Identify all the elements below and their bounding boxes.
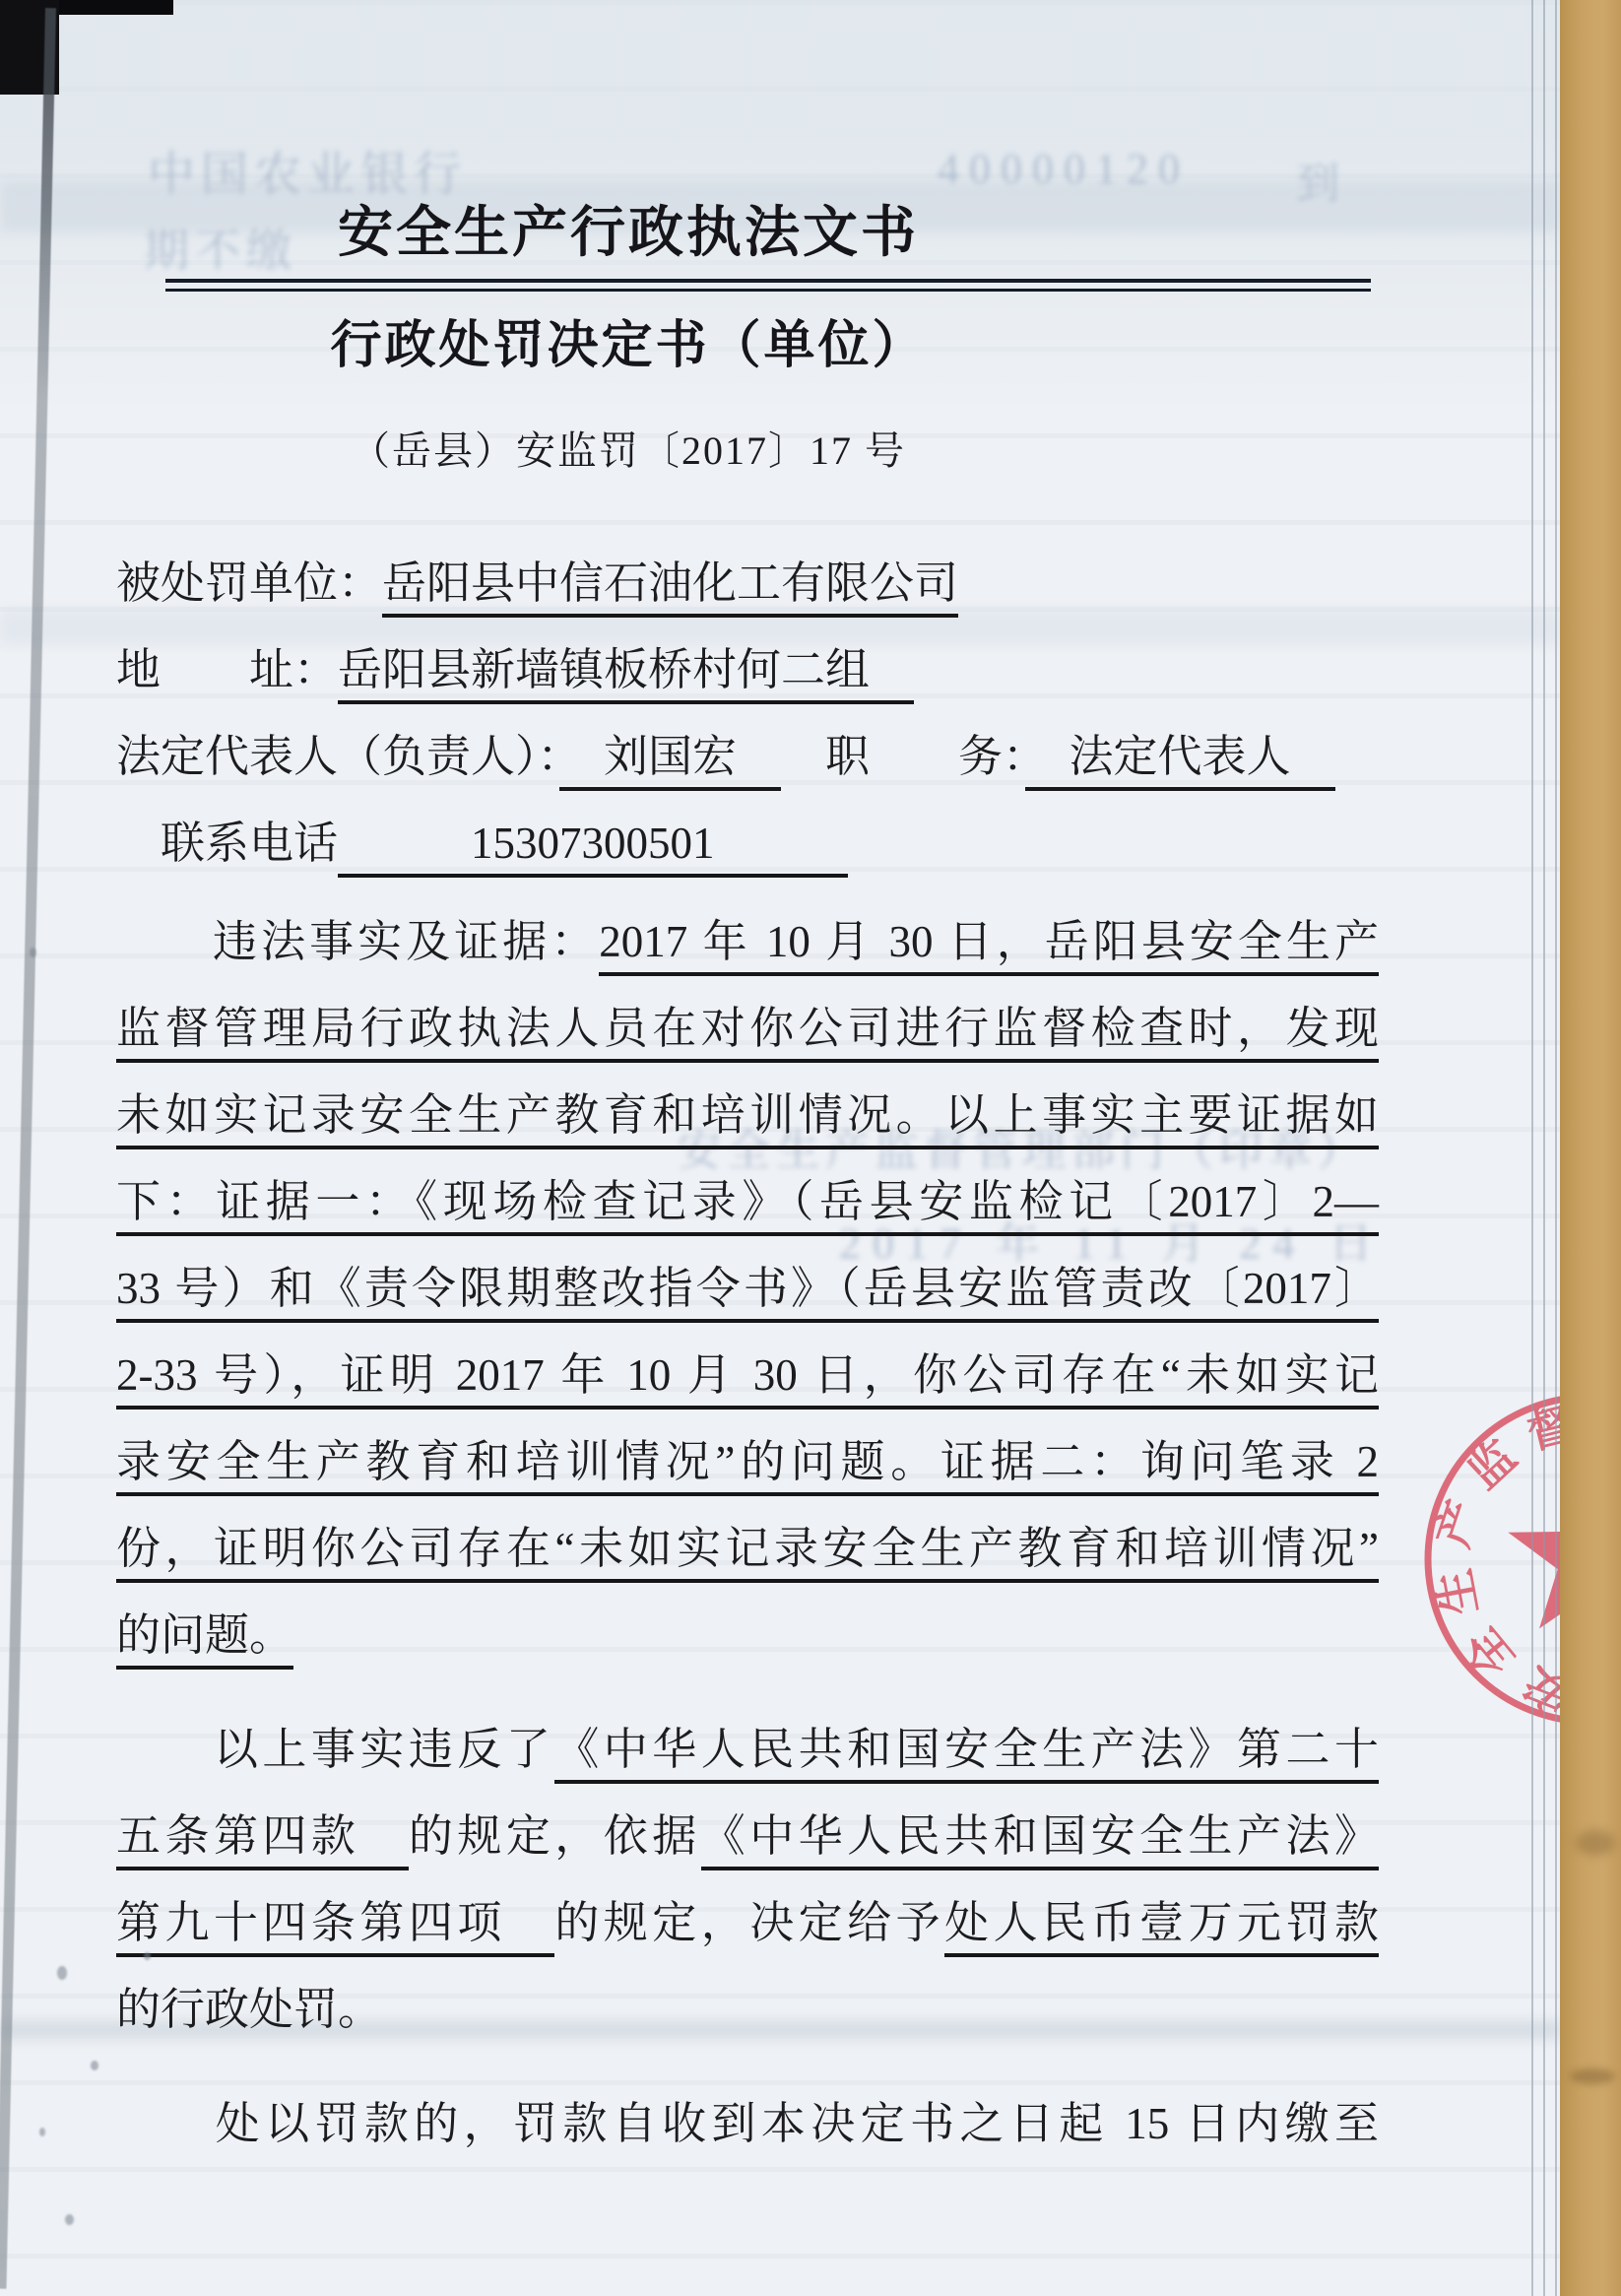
scanned-document-page: 中国农业银行 40000120 到 期不缴 安全生产监督管理部门（印章） 201… <box>0 0 1560 2296</box>
text-line: 下：证据一：《现场检查记录》（岳县安监检记〔2017〕2— <box>116 1158 1379 1245</box>
fold-shadow-line <box>0 8 56 2289</box>
form-text: 被处罚单位： <box>116 558 382 608</box>
filled-value: 录安全生产教育和培训情况”的问题。证据二：询问笔录 2 <box>116 1437 1379 1496</box>
text-line: 违法事实及证据：2017 年 10 月 30 日，岳阳县安全生产 <box>116 898 1379 985</box>
filled-value: 份，证明你公司存在“未如实记录安全生产教育和培训情况” <box>116 1524 1379 1583</box>
text-line: 33 号）和《责令限期整改指令书》（岳县安监管责改〔2017〕 <box>116 1245 1379 1332</box>
text-line: 处以罚款的，罚款自收到本决定书之日起 15 日内缴至 <box>116 2080 1379 2167</box>
filled-value: 未如实记录安全生产教育和培训情况。以上事实主要证据如 <box>116 1090 1379 1149</box>
filled-value: 法定代表人 <box>1025 732 1335 791</box>
paragraph: 违法事实及证据：2017 年 10 月 30 日，岳阳县安全生产监督管理局行政执… <box>116 898 1379 1678</box>
text-line: 以上事实违反了《中华人民共和国安全生产法》第二十 <box>116 1706 1379 1793</box>
title-double-rule <box>165 279 1371 292</box>
form-text: 违法事实及证据： <box>116 917 599 966</box>
filled-value: 五条第四款 <box>116 1811 409 1870</box>
form-text: 法定代表人（负责人）： <box>116 732 559 781</box>
speckle <box>57 1966 67 1980</box>
speckle <box>144 1952 151 1960</box>
filled-value: 岳阳县中信石油化工有限公司 <box>382 558 958 618</box>
speckle <box>30 948 36 957</box>
speckle <box>91 2061 98 2070</box>
paragraphs: 违法事实及证据：2017 年 10 月 30 日，岳阳县安全生产监督管理局行政执… <box>116 898 1379 2167</box>
text-line: 未如实记录安全生产教育和培训情况。以上事实主要证据如 <box>116 1072 1379 1158</box>
document-title: 安全生产行政执法文书 <box>116 189 1140 268</box>
text-line: 录安全生产教育和培训情况”的问题。证据二：询问笔录 2 <box>116 1418 1379 1505</box>
filled-value: 处人民币壹万元罚款 <box>944 1898 1379 1957</box>
text-line: 的行政处罚。 <box>116 1966 1379 2053</box>
filled-value: 刘国宏 <box>559 732 781 791</box>
speckle <box>39 2128 45 2136</box>
text-line: 2-33 号），证明 2017 年 10 月 30 日，你公司存在“未如实记 <box>116 1332 1379 1418</box>
form-text: 以上事实违反了 <box>116 1725 554 1774</box>
text-line: 法定代表人（负责人）： 刘国宏 职 务： 法定代表人 <box>116 713 1379 800</box>
text-line: 地 址：岳阳县新墙镇板桥村何二组 <box>116 626 1379 713</box>
text-line: 的问题。 <box>116 1592 1379 1678</box>
text-line: 被处罚单位：岳阳县中信石油化工有限公司 <box>116 540 1379 626</box>
page-edge-lines <box>1524 0 1560 2296</box>
form-text: 处以罚款的，罚款自收到本决定书之日起 15 日内缴至 <box>116 2099 1379 2148</box>
filled-value: 《中华人民共和国安全生产法》第二十 <box>554 1725 1379 1784</box>
filled-value: 2017 年 10 月 30 日，岳阳县安全生产 <box>599 917 1379 976</box>
filled-value: 15307300501 <box>338 819 848 878</box>
document-number: （岳县）安监罚〔2017〕17 号 <box>116 420 1140 476</box>
backing-crease <box>1570 2068 1615 2084</box>
filled-value: 第九十四条第四项 <box>116 1898 554 1957</box>
filled-value: 监督管理局行政执法人员在对你公司进行监督检查时，发现 <box>116 1004 1379 1063</box>
paragraph: 处以罚款的，罚款自收到本决定书之日起 15 日内缴至 <box>116 2080 1379 2167</box>
filled-value: 岳阳县新墙镇板桥村何二组 <box>338 645 914 704</box>
filled-value: 下：证据一：《现场检查记录》（岳县安监检记〔2017〕2— <box>116 1177 1379 1236</box>
text-line: 份，证明你公司存在“未如实记录安全生产教育和培训情况” <box>116 1505 1379 1592</box>
form-text: 联系电话 <box>116 819 338 868</box>
text-line: 联系电话 15307300501 <box>116 800 1379 886</box>
text-line: 五条第四款 的规定，依据《中华人民共和国安全生产法》 <box>116 1793 1379 1879</box>
fields: 被处罚单位：岳阳县中信石油化工有限公司地 址：岳阳县新墙镇板桥村何二组 法定代表… <box>116 540 1379 886</box>
filled-value: 《中华人民共和国安全生产法》 <box>701 1811 1379 1870</box>
filled-value: 的问题。 <box>116 1610 293 1670</box>
paragraph: 以上事实违反了《中华人民共和国安全生产法》第二十五条第四款 的规定，依据《中华人… <box>116 1706 1379 2053</box>
speckle <box>65 2214 74 2225</box>
form-text: 的规定，决定给予 <box>554 1898 944 1947</box>
form-text: 的行政处罚。 <box>116 1985 382 2034</box>
backing-crease <box>1576 1830 1615 1856</box>
form-text: 职 务： <box>781 732 1025 781</box>
form-text: 的规定，依据 <box>409 1811 701 1861</box>
form-text: 地 址： <box>116 645 338 694</box>
text-line: 第九十四条第四项 的规定，决定给予处人民币壹万元罚款 <box>116 1879 1379 1966</box>
filled-value: 2-33 号），证明 2017 年 10 月 30 日，你公司存在“未如实记 <box>116 1350 1379 1410</box>
cardboard-backing <box>1560 0 1621 2296</box>
text-line: 监督管理局行政执法人员在对你公司进行监督检查时，发现 <box>116 985 1379 1072</box>
filled-value: 33 号）和《责令限期整改指令书》（岳县安监管责改〔2017〕 <box>116 1264 1379 1323</box>
document-subtitle: 行政处罚决定书（单位） <box>116 303 1140 377</box>
